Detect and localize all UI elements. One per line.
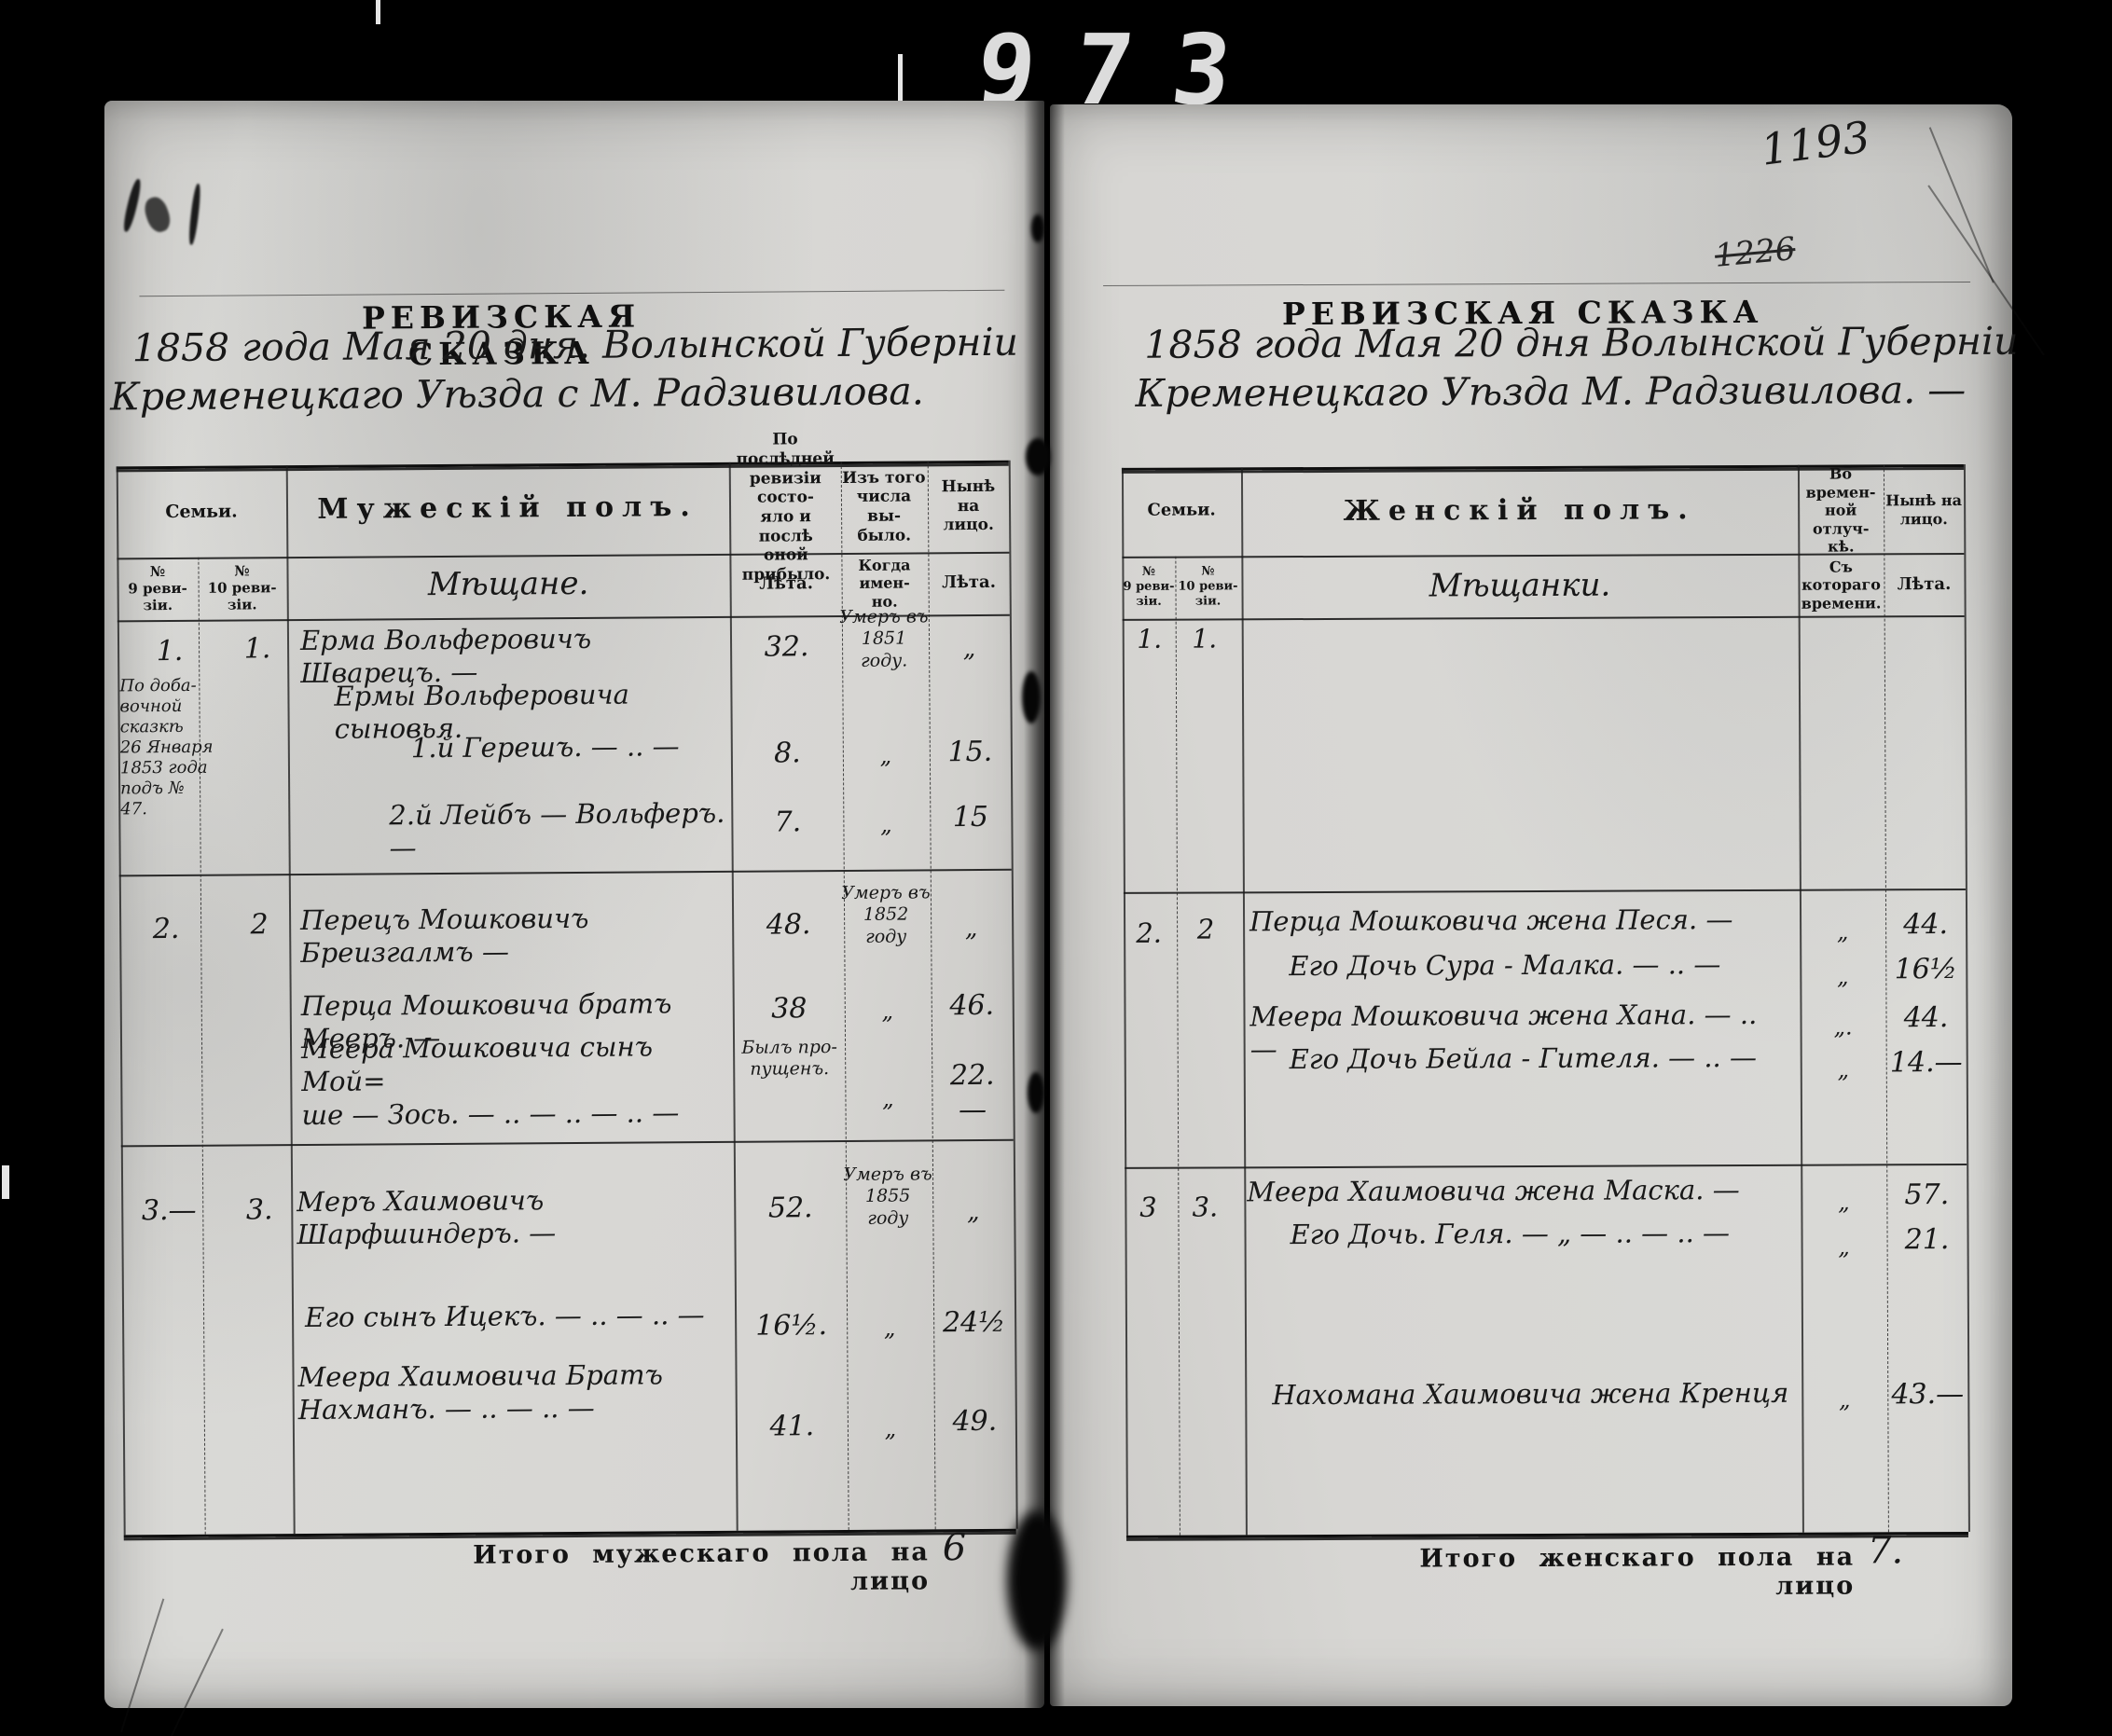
person-name: 2.й Лейбъ — Вольферъ. — bbox=[389, 797, 730, 841]
col-header-family: Семьи. bbox=[1123, 476, 1240, 544]
departed-note: „ bbox=[844, 739, 928, 774]
col-header-when-exactly: Когда имен- но. bbox=[842, 554, 926, 613]
estate-label: Мѣщанки. bbox=[1243, 556, 1796, 618]
right-heading-place: Кременецкаго Уѣзда М. Радзивилова. — bbox=[1135, 367, 1966, 416]
table-border bbox=[124, 1529, 1016, 1538]
departed-note: „ bbox=[846, 1082, 930, 1117]
age-last-revision: Былъ про- пущенъ. bbox=[736, 1027, 843, 1090]
age-last-revision: 52. bbox=[737, 1190, 844, 1228]
age-last-revision: 8. bbox=[734, 735, 841, 773]
film-edge-mark bbox=[376, 0, 380, 24]
age-last-revision: 41. bbox=[739, 1408, 846, 1446]
table-border bbox=[119, 869, 1012, 877]
age-now: 44. bbox=[1887, 906, 1964, 944]
departed-note: „ bbox=[846, 995, 930, 1029]
film-edge-mark bbox=[2, 1165, 9, 1199]
col-header-now-present: Нынѣ на лицо. bbox=[930, 463, 1008, 550]
departed-note: Умеръ въ 1855 году bbox=[843, 1168, 932, 1225]
age-last-revision: 48. bbox=[735, 906, 842, 944]
person-name: 1.й Герешъ. — .. — bbox=[411, 730, 730, 773]
family-rev10-number: 3. bbox=[1181, 1189, 1228, 1226]
crossed-out-page-number: 1226 bbox=[1713, 230, 1797, 275]
family-rev9-number: 1. bbox=[147, 633, 192, 670]
table-border bbox=[1125, 1164, 1967, 1169]
gutter-stain bbox=[1028, 1072, 1044, 1113]
family-rev9-number: 2. bbox=[1128, 916, 1169, 953]
book-gutter bbox=[1024, 97, 1065, 1715]
family-rev10-number: 2 bbox=[235, 906, 283, 944]
col-header-last-revision: По послѣдней ревизіи состо- яло и послѣ … bbox=[732, 464, 840, 551]
col-header-rev9: № 9 реви- зіи. bbox=[117, 559, 197, 618]
page-crease bbox=[170, 1629, 224, 1736]
col-header-rev9: № 9 реви- зіи. bbox=[1123, 558, 1174, 616]
left-page: РЕВИЗСКАЯ СКАЗКА 1858 года Мая 20 дня. В… bbox=[104, 101, 1044, 1708]
person-name: Перца Мошковича жена Песя. — bbox=[1249, 903, 1790, 947]
female-total-value: 7. bbox=[1868, 1529, 1903, 1572]
right-page: 1193 1226 РЕВИЗСКАЯ СКАЗКА 1858 года Мая… bbox=[1050, 104, 2012, 1706]
table-border bbox=[1175, 557, 1180, 1536]
age-now: 24½ bbox=[935, 1304, 1013, 1343]
person-name: Его Дочь Сура - Малка. — .. — bbox=[1289, 948, 1792, 991]
person-name: Его Дочь. Геля. — „ — .. — .. — bbox=[1290, 1217, 1812, 1260]
microfilm-scan: 973 РЕВИЗСКАЯ СКАЗКА 1858 года Мая 20 дн… bbox=[0, 0, 2112, 1736]
age-now: 14.— bbox=[1888, 1044, 1965, 1082]
family-rev9-number: 3.— bbox=[140, 1192, 198, 1230]
estate-label: Мѣщане. bbox=[288, 554, 727, 616]
col-header-now-present: Нынѣ на лицо. bbox=[1885, 468, 1962, 552]
age-now: 46. bbox=[933, 987, 1011, 1026]
left-heading-place: Кременецкаго Уѣзда с М. Радзивилова. bbox=[110, 368, 924, 419]
film-edge-mark bbox=[898, 54, 903, 101]
col-header-female-sex: Женскій полъ. bbox=[1243, 470, 1796, 553]
col-header-departed: Изъ того числа вы- было. bbox=[842, 463, 927, 550]
gutter-stain bbox=[1007, 1510, 1067, 1650]
col-header-years-now: Лѣта. bbox=[930, 554, 1007, 613]
male-total-value: 6 bbox=[943, 1526, 967, 1569]
table-border bbox=[1124, 889, 1966, 894]
age-last-revision: 32. bbox=[733, 627, 840, 668]
col-header-years: Лѣта. bbox=[1885, 557, 1962, 613]
departed-note: „ bbox=[849, 1412, 932, 1447]
col-header-rev10: № 10 реви- зіи. bbox=[199, 558, 284, 617]
table-border bbox=[117, 466, 126, 1535]
person-name: Нахомана Хаимовича жена Кренця bbox=[1272, 1377, 1813, 1421]
person-name: Ерма Вольферовичъ Шварецъ. — bbox=[300, 622, 729, 666]
age-now: 57. bbox=[1888, 1177, 1965, 1214]
absence-mark: „ bbox=[1802, 1186, 1884, 1219]
right-heading-date: 1858 года Мая 20 дня Волынской Губерніи bbox=[1144, 319, 2018, 367]
person-name: Меера Хаимовича жена Маска. — bbox=[1247, 1174, 1797, 1218]
age-now: 21. bbox=[1888, 1221, 1965, 1259]
left-page-content: РЕВИЗСКАЯ СКАЗКА 1858 года Мая 20 дня. В… bbox=[99, 98, 1050, 1712]
page-crease bbox=[1929, 127, 1995, 282]
absence-mark: „ bbox=[1801, 960, 1884, 994]
person-name: Меера Мошковича сынъ Мой= ше — Зось. — .… bbox=[301, 1030, 737, 1119]
table-border bbox=[1884, 464, 1889, 1532]
gutter-stain bbox=[1022, 671, 1041, 723]
person-name: Ермы Вольферовича сыновья. bbox=[334, 678, 729, 722]
person-name: Меръ Хаимовичъ Шарфшиндеръ. — bbox=[297, 1183, 744, 1227]
age-now: 43.— bbox=[1889, 1376, 1966, 1413]
page-crease bbox=[120, 1598, 164, 1732]
male-total-label: Итого мужескаго пола на лицо bbox=[389, 1537, 930, 1599]
table-border bbox=[1964, 464, 1970, 1532]
person-name: Его сынъ Ицекъ. — .. — .. — bbox=[305, 1299, 734, 1343]
age-now: 16½ bbox=[1887, 951, 1964, 988]
family-margin-note: По доба- вочной сказкѣ 26 Января 1853 го… bbox=[119, 676, 214, 854]
age-now: 15 bbox=[932, 799, 1009, 837]
family-rev10-number: 3. bbox=[233, 1192, 285, 1229]
family-rev9-number: 1. bbox=[1129, 621, 1170, 658]
person-name: Его Дочь Бейла - Гителя. — .. — bbox=[1290, 1041, 1793, 1084]
page-rule bbox=[1103, 282, 1970, 286]
page-rule bbox=[139, 290, 1004, 296]
gutter-stain bbox=[1026, 438, 1050, 475]
age-now: „ bbox=[934, 1196, 1012, 1231]
age-now: „ bbox=[931, 633, 1008, 668]
person-name: Перецъ Мошковичъ Бреизгалмъ — bbox=[300, 902, 734, 945]
age-now: 22. — bbox=[933, 1075, 1011, 1113]
departed-note: „ bbox=[848, 1312, 932, 1346]
table-border bbox=[1241, 467, 1248, 1535]
family-rev10-number: 1. bbox=[1183, 620, 1226, 657]
age-now: 44. bbox=[1887, 999, 1964, 1037]
person-name: Меера Хаимовича Братъ Нахманъ. — .. — ..… bbox=[297, 1358, 737, 1447]
ink-smudge bbox=[141, 194, 173, 235]
absence-mark: „ bbox=[1802, 1054, 1884, 1087]
absence-mark: „ bbox=[1803, 1231, 1885, 1264]
right-page-content: 1193 1226 РЕВИЗСКАЯ СКАЗКА 1858 года Мая… bbox=[1046, 103, 2015, 1708]
table-border bbox=[121, 1139, 1014, 1148]
gutter-stain bbox=[1031, 214, 1044, 242]
family-rev9-number: 2. bbox=[144, 911, 188, 948]
age-last-revision: 16½. bbox=[738, 1307, 845, 1345]
age-now: 15. bbox=[932, 734, 1009, 772]
ink-smudge bbox=[121, 178, 143, 233]
table-border bbox=[1798, 465, 1804, 1533]
age-last-revision: 7. bbox=[734, 804, 841, 842]
absence-mark: „ bbox=[1801, 916, 1884, 949]
person-name: Перца Мошковича братъ Мееръ. — bbox=[301, 987, 735, 1031]
absence-mark: „. bbox=[1801, 1011, 1884, 1044]
female-total-label: Итого женскаго пола на лицо bbox=[1370, 1542, 1855, 1602]
family-rev10-number: 2 bbox=[1184, 911, 1227, 948]
col-header-since-when: Съ котораго времени. bbox=[1800, 557, 1882, 613]
col-header-years-last: Лѣта. bbox=[732, 555, 839, 613]
absence-mark: „ bbox=[1803, 1384, 1885, 1417]
family-rev9-number: 3 bbox=[1129, 1190, 1166, 1227]
family-rev10-number: 1. bbox=[233, 630, 282, 668]
departed-note: Умеръ въ 1852 году bbox=[841, 887, 931, 944]
age-now: 49. bbox=[936, 1403, 1014, 1441]
col-header-male-sex: Мужескій полъ. bbox=[288, 468, 728, 549]
age-now: „ bbox=[932, 913, 1010, 947]
archival-page-number: 1193 bbox=[1758, 111, 1872, 174]
departed-note: „ bbox=[844, 808, 928, 843]
departed-note: Умеръ въ 1851 году. bbox=[839, 609, 929, 669]
left-heading-date: 1858 года Мая 20 дня. Волынской Губерніи bbox=[132, 320, 1018, 371]
person-name: Меера Мошковича жена Хана. — .. — bbox=[1249, 999, 1790, 1042]
age-last-revision: 38 bbox=[736, 990, 843, 1028]
col-header-rev10: № 10 реви- зіи. bbox=[1176, 558, 1239, 615]
col-header-temporary-absence: Во времен- ной отлуч- кѣ. bbox=[1800, 468, 1882, 552]
table-border bbox=[1126, 1532, 1968, 1538]
table-border bbox=[1122, 468, 1128, 1536]
ink-smudge bbox=[187, 184, 202, 245]
col-header-family: Семьи. bbox=[118, 475, 285, 550]
table-border bbox=[286, 465, 296, 1534]
